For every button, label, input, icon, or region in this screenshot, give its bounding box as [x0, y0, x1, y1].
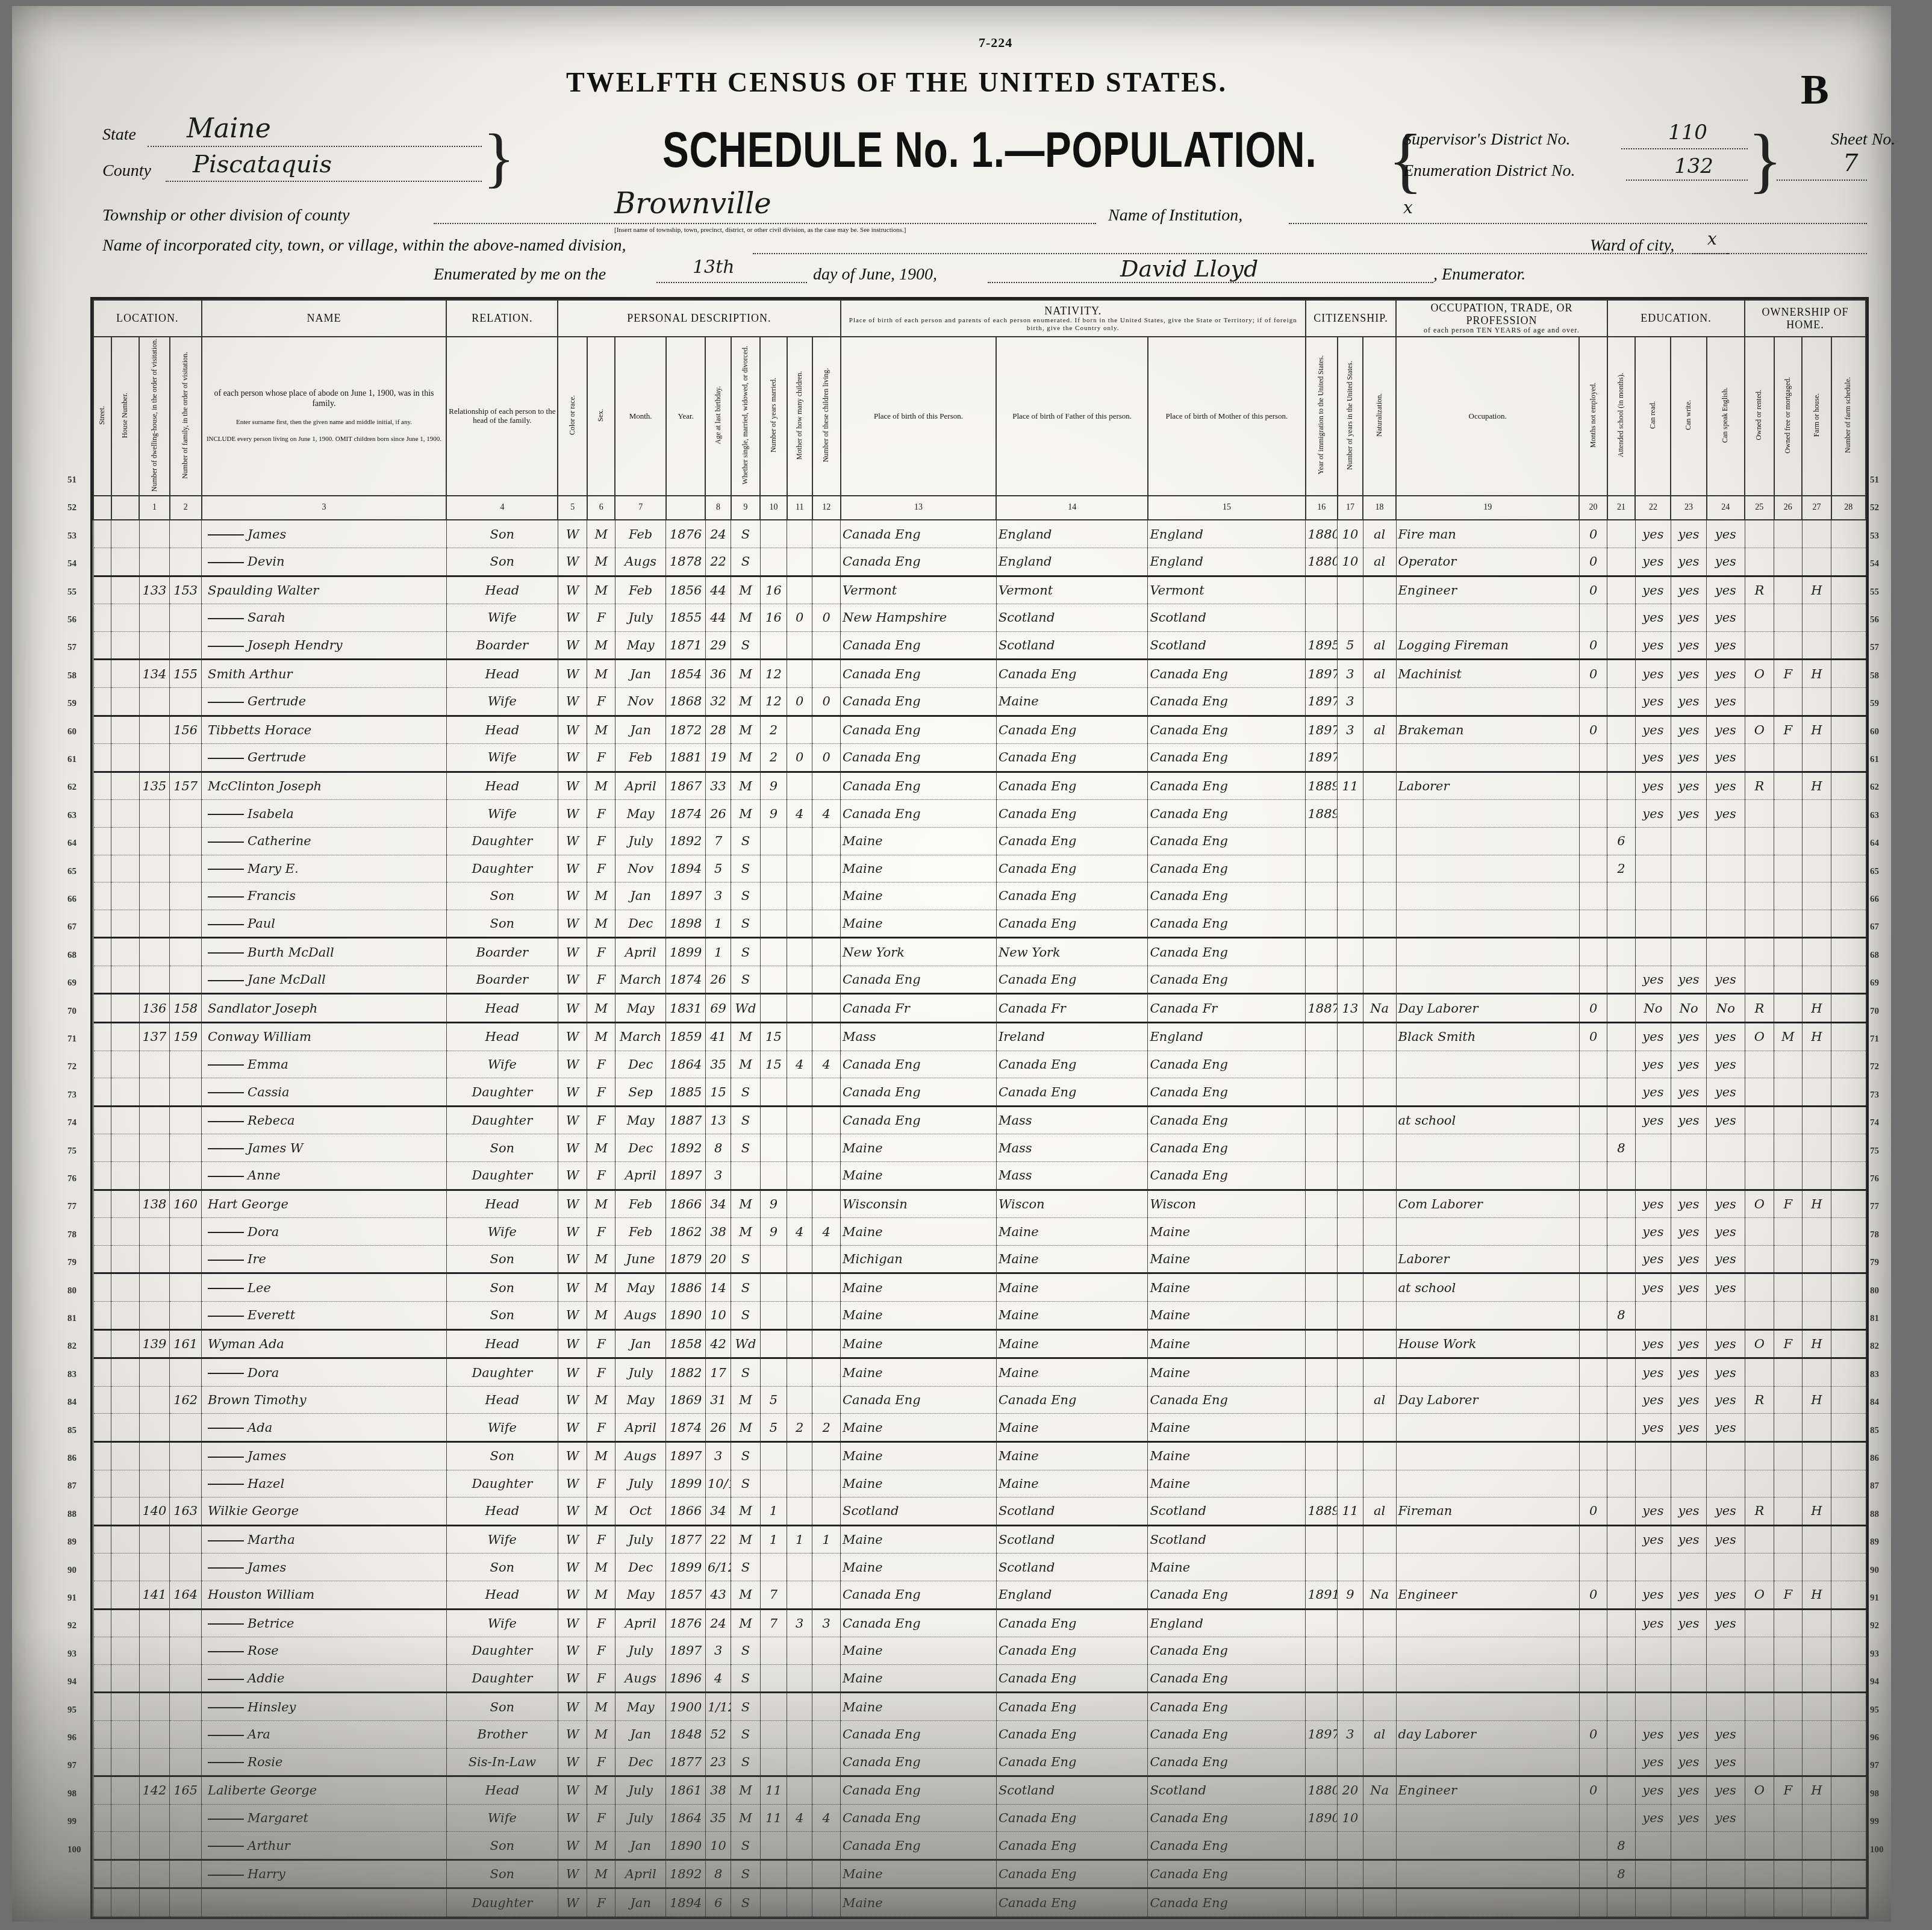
cell-read [1635, 938, 1671, 966]
cell-year: 1886 [666, 1273, 706, 1302]
cell-house [111, 687, 139, 716]
cell-yrsus [1338, 604, 1363, 632]
table-row: 156Tibbetts HoraceHeadWMJan187228M2Canad… [93, 716, 1866, 744]
cell-motherof: 0 [787, 604, 812, 632]
cell-farmno [1831, 744, 1866, 772]
cell-free [1774, 1664, 1802, 1693]
cell-street [93, 1245, 111, 1273]
cell-read: yes [1635, 1414, 1671, 1442]
cell-year: 1885 [666, 1078, 706, 1107]
cell-living [812, 1832, 841, 1860]
cell-farmno [1831, 548, 1866, 576]
cell-own [1745, 1720, 1774, 1748]
cell-write [1671, 1441, 1706, 1470]
table-row: SarahWifeWFJuly185544M1600New HampshireS… [93, 604, 1866, 632]
person-name: Catherine [248, 834, 311, 848]
cell-motherof [787, 1441, 812, 1470]
cell-living [812, 1106, 841, 1134]
cell-birth: Canada Eng [841, 548, 997, 576]
cell-unemployed [1579, 1832, 1607, 1860]
line-number: 70 [67, 1007, 76, 1017]
cell-farmno [1831, 882, 1866, 910]
cell-motherbirth: Canada Eng [1148, 827, 1306, 855]
cell-relation: Wife [446, 1218, 558, 1246]
cell-name: Ada [202, 1414, 447, 1442]
cell-street [93, 576, 111, 604]
cell-immig: 1880 [1306, 548, 1338, 576]
cell-motherof [787, 827, 812, 855]
cell-free [1774, 1554, 1802, 1581]
ditto-dash [208, 1875, 244, 1876]
cell-yrsmarried [760, 910, 787, 938]
cell-dwelling: 142 [139, 1776, 170, 1805]
cell-own [1745, 1637, 1774, 1665]
cell-read [1635, 855, 1671, 882]
cell-month: May [615, 1581, 666, 1609]
cell-immig [1306, 1414, 1338, 1442]
cell-read: yes [1635, 1776, 1671, 1805]
cell-farm [1802, 744, 1831, 772]
cell-birth: Canada Eng [841, 1106, 997, 1134]
cell-age: 36 [705, 660, 731, 688]
cell-motherbirth: Maine [1148, 1273, 1306, 1302]
cell-living: 1 [812, 1525, 841, 1554]
cell-yrsmarried: 12 [760, 660, 787, 688]
line-number: 55 [67, 587, 76, 598]
line-number: 57 [1870, 643, 1879, 653]
cell-occupation: House Work [1396, 1329, 1579, 1358]
cell-age: 29 [705, 631, 731, 660]
cell-sex: M [587, 1776, 615, 1805]
cell-street [93, 1414, 111, 1442]
cell-yrsus: 3 [1338, 687, 1363, 716]
cell-unemployed: 0 [1579, 1581, 1607, 1609]
cell-relation: Wife [446, 687, 558, 716]
cell-living [812, 631, 841, 660]
cell-write: yes [1671, 1525, 1706, 1554]
cell-living [812, 1637, 841, 1665]
cell-dwelling [139, 1134, 170, 1162]
cell-motherof [787, 660, 812, 688]
cell-year: 1892 [666, 1860, 706, 1888]
cell-name: Betrice [202, 1609, 447, 1637]
cell-natur [1363, 1748, 1396, 1776]
cell-living [812, 1441, 841, 1470]
cell-age: 8 [705, 1860, 731, 1888]
cell-motherbirth: Vermont [1148, 576, 1306, 604]
line-number: 85 [67, 1426, 76, 1436]
cell-month: Jan [615, 1329, 666, 1358]
cell-immig [1306, 1190, 1338, 1218]
line-number: 61 [1870, 755, 1879, 765]
person-name: McClinton Joseph [208, 779, 322, 793]
cell-fatherbirth: Maine [996, 1302, 1147, 1330]
cell-read: yes [1635, 687, 1671, 716]
cell-relation: Head [446, 1329, 558, 1358]
ditto-dash [208, 814, 244, 815]
cell-family: 164 [170, 1581, 202, 1609]
cell-farmno [1831, 1329, 1866, 1358]
cell-own: O [1745, 660, 1774, 688]
cell-street [93, 1860, 111, 1888]
ditto-dash [208, 758, 244, 759]
sheet-line [1777, 180, 1867, 181]
table-row: RoseDaughterWFJuly18973SMaineCanada EngC… [93, 1637, 1866, 1665]
cell-school [1607, 1023, 1635, 1051]
cell-natur [1363, 1134, 1396, 1162]
line-number: 84 [1870, 1398, 1879, 1408]
cell-yrsus: 11 [1338, 1497, 1363, 1526]
cell-natur: Na [1363, 1581, 1396, 1609]
cell-street [93, 1470, 111, 1497]
cell-farm [1802, 827, 1831, 855]
line-number: 51 [67, 475, 76, 486]
cell-farm [1802, 1414, 1831, 1442]
cell-marital: M [731, 1386, 761, 1414]
cell-relation: Head [446, 716, 558, 744]
cell-farm [1802, 1134, 1831, 1162]
cell-read: yes [1635, 716, 1671, 744]
cell-yrsus: 10 [1338, 548, 1363, 576]
line-number: 52 [1870, 503, 1879, 513]
cell-natur [1363, 1470, 1396, 1497]
cell-farm: H [1802, 772, 1831, 800]
cell-color: W [558, 1888, 587, 1917]
table-row: JamesSonWMAugs18973SMaineMaineMaine [93, 1441, 1866, 1470]
cell-english [1707, 1302, 1745, 1330]
cell-school [1607, 548, 1635, 576]
cell-year: 1874 [666, 1414, 706, 1442]
cell-own [1745, 1525, 1774, 1554]
cell-immig [1306, 1329, 1338, 1358]
enumeration-value: 132 [1674, 154, 1713, 178]
cell-natur [1363, 687, 1396, 716]
cell-yrsmarried [760, 882, 787, 910]
cell-living [812, 772, 841, 800]
cell-motherbirth: Canada Eng [1148, 1748, 1306, 1776]
cell-free [1774, 1720, 1802, 1748]
cell-motherof: 4 [787, 1218, 812, 1246]
column-number: 2 [170, 496, 202, 520]
cell-marital: M [731, 1218, 761, 1246]
col-birth-mother: Place of birth of Mother of this person. [1148, 337, 1306, 496]
ditto-dash [208, 1064, 244, 1066]
person-name: Laliberte George [208, 1783, 317, 1797]
table-row: 141164Houston WilliamHeadWMMay185743M7Ca… [93, 1581, 1866, 1609]
line-number: 94 [1870, 1677, 1879, 1687]
cell-motherbirth: Canada Eng [1148, 1664, 1306, 1693]
cell-street [93, 716, 111, 744]
table-row: DoraDaughterWFJuly188217SMaineMaineMaine… [93, 1358, 1866, 1387]
cell-living: 0 [812, 604, 841, 632]
cell-farm [1802, 800, 1831, 828]
cell-sex: F [587, 1664, 615, 1693]
cell-fatherbirth: Canada Eng [996, 855, 1147, 882]
cell-dwelling [139, 687, 170, 716]
cell-relation: Head [446, 1581, 558, 1609]
cell-free: M [1774, 1023, 1802, 1051]
cell-year: 1872 [666, 716, 706, 744]
col-house-number: House Number. [111, 337, 139, 496]
cell-living [812, 994, 841, 1023]
cell-name: McClinton Joseph [202, 772, 447, 800]
cell-yrsmarried [760, 1832, 787, 1860]
cell-unemployed [1579, 1664, 1607, 1693]
cell-street [93, 1162, 111, 1190]
cell-dwelling [139, 1273, 170, 1302]
cell-english: yes [1707, 1078, 1745, 1107]
cell-occupation: Engineer [1396, 1776, 1579, 1805]
cell-farm [1802, 1804, 1831, 1832]
brace: } [1748, 124, 1783, 196]
city-label: Name of incorporated city, town, or vill… [102, 236, 626, 255]
cell-name: Spaulding Walter [202, 576, 447, 604]
cell-house [111, 631, 139, 660]
cell-free [1774, 1414, 1802, 1442]
cell-yrsus [1338, 1748, 1363, 1776]
cell-name: Smith Arthur [202, 660, 447, 688]
cell-birth: Canada Eng [841, 716, 997, 744]
cell-year: 1877 [666, 1748, 706, 1776]
line-number: 90 [67, 1566, 76, 1576]
cell-fatherbirth: Scotland [996, 1776, 1147, 1805]
column-number: 4 [446, 496, 558, 520]
cell-read: yes [1635, 1497, 1671, 1526]
cell-dwelling: 139 [139, 1329, 170, 1358]
cell-natur [1363, 1804, 1396, 1832]
cell-unemployed [1579, 1106, 1607, 1134]
cell-write: yes [1671, 1581, 1706, 1609]
cell-motherbirth: Maine [1148, 1245, 1306, 1273]
cell-year: 1897 [666, 1637, 706, 1665]
cell-unemployed [1579, 882, 1607, 910]
col-age: Age at last birthday. [705, 337, 731, 496]
cell-street [93, 827, 111, 855]
person-name: Rose [248, 1643, 279, 1658]
cell-yrsus: 10 [1338, 1804, 1363, 1832]
cell-write: yes [1671, 1273, 1706, 1302]
cell-natur: al [1363, 631, 1396, 660]
cell-year: 1892 [666, 1134, 706, 1162]
cell-immig: 1889 [1306, 772, 1338, 800]
cell-year: 1896 [666, 1664, 706, 1693]
cell-birth: Maine [841, 1554, 997, 1581]
cell-own [1745, 938, 1774, 966]
line-number: 65 [67, 867, 76, 877]
cell-birth: Canada Eng [841, 1832, 997, 1860]
cell-farmno [1831, 1358, 1866, 1387]
cell-yrsmarried [760, 1748, 787, 1776]
cell-write: yes [1671, 1106, 1706, 1134]
table-row: CatherineDaughterWFJuly18927SMaineCanada… [93, 827, 1866, 855]
sheet-no-value: 7 [1843, 149, 1858, 177]
line-number: 70 [1870, 1007, 1879, 1017]
cell-school [1607, 800, 1635, 828]
cell-write: yes [1671, 548, 1706, 576]
cell-motherof [787, 966, 812, 994]
cell-year: 1871 [666, 631, 706, 660]
cell-fatherbirth: Maine [996, 687, 1147, 716]
line-number: 72 [67, 1062, 76, 1072]
cell-farm [1802, 1748, 1831, 1776]
cell-house [111, 855, 139, 882]
supervisor-line [1621, 148, 1748, 149]
cell-color: W [558, 1637, 587, 1665]
cell-yrsmarried: 16 [760, 604, 787, 632]
cell-dwelling [139, 1720, 170, 1748]
cell-age: 17 [705, 1358, 731, 1387]
cell-family [170, 800, 202, 828]
cell-unemployed [1579, 1078, 1607, 1107]
cell-write: yes [1671, 1329, 1706, 1358]
table-row: Mary E.DaughterWFNov18945SMaineCanada En… [93, 855, 1866, 882]
cell-yrsmarried [760, 631, 787, 660]
cell-yrsmarried [760, 1470, 787, 1497]
cell-family [170, 1470, 202, 1497]
cell-own [1745, 1358, 1774, 1387]
cell-house [111, 660, 139, 688]
cell-unemployed [1579, 1441, 1607, 1470]
cell-color: W [558, 994, 587, 1023]
cell-name: Gertrude [202, 744, 447, 772]
cell-read [1635, 1470, 1671, 1497]
cell-own [1745, 1414, 1774, 1442]
cell-yrsmarried: 2 [760, 716, 787, 744]
cell-motherbirth: Scotland [1148, 604, 1306, 632]
cell-natur [1363, 1414, 1396, 1442]
cell-house [111, 1497, 139, 1526]
line-number: 77 [67, 1202, 76, 1212]
cell-street [93, 1888, 111, 1917]
cell-name: Paul [202, 910, 447, 938]
cell-own [1745, 800, 1774, 828]
cell-yrsus: 10 [1338, 520, 1363, 548]
cell-color: W [558, 1554, 587, 1581]
cell-school: 2 [1607, 855, 1635, 882]
cell-english [1707, 1888, 1745, 1917]
cell-name: Dora [202, 1358, 447, 1387]
cell-farm [1802, 520, 1831, 548]
cell-unemployed: 0 [1579, 994, 1607, 1023]
cell-own [1745, 1218, 1774, 1246]
cell-farmno [1831, 1245, 1866, 1273]
line-number: 81 [67, 1314, 76, 1324]
cell-immig: 1897 [1306, 744, 1338, 772]
form-number: 7-224 [979, 35, 1012, 51]
cell-street [93, 631, 111, 660]
cell-street [93, 520, 111, 548]
cell-house [111, 1609, 139, 1637]
cell-unemployed [1579, 1358, 1607, 1387]
cell-sex: M [587, 772, 615, 800]
cell-family: 163 [170, 1497, 202, 1526]
cell-fatherbirth: Canada Eng [996, 1720, 1147, 1748]
cell-month: Nov [615, 687, 666, 716]
cell-street [93, 1134, 111, 1162]
cell-english: yes [1707, 1023, 1745, 1051]
col-name-desc: of each person whose place of abode on J… [202, 337, 447, 496]
column-number: 21 [1607, 496, 1635, 520]
cell-immig: 1880 [1306, 1776, 1338, 1805]
cell-dwelling [139, 1664, 170, 1693]
cell-occupation [1396, 1860, 1579, 1888]
cell-birth: Maine [841, 1358, 997, 1387]
cell-unemployed [1579, 1302, 1607, 1330]
cell-school [1607, 882, 1635, 910]
cell-year: 1866 [666, 1497, 706, 1526]
cell-occupation [1396, 744, 1579, 772]
cell-fatherbirth: Canada Eng [996, 1693, 1147, 1721]
cell-english [1707, 1832, 1745, 1860]
cell-immig [1306, 1664, 1338, 1693]
cell-write: yes [1671, 1776, 1706, 1805]
cell-english: yes [1707, 1273, 1745, 1302]
cell-school [1607, 716, 1635, 744]
column-number [93, 496, 111, 520]
cell-natur [1363, 1106, 1396, 1134]
cell-living [812, 1470, 841, 1497]
ditto-dash [208, 1540, 244, 1541]
cell-dwelling: 141 [139, 1581, 170, 1609]
cell-living [812, 1302, 841, 1330]
cell-english: yes [1707, 1106, 1745, 1134]
cell-fatherbirth: Canada Eng [996, 1860, 1147, 1888]
cell-motherof [787, 1386, 812, 1414]
column-number: 17 [1338, 496, 1363, 520]
cell-english [1707, 855, 1745, 882]
cell-yrsmarried [760, 855, 787, 882]
cell-year: 1892 [666, 827, 706, 855]
cell-occupation [1396, 1051, 1579, 1078]
cell-yrsus [1338, 1470, 1363, 1497]
cell-motherof: 4 [787, 1804, 812, 1832]
cell-farm [1802, 1051, 1831, 1078]
cell-living [812, 1023, 841, 1051]
cell-read: yes [1635, 1329, 1671, 1358]
cell-read: yes [1635, 1051, 1671, 1078]
cell-age: 33 [705, 772, 731, 800]
cell-birth: Maine [841, 1414, 997, 1442]
ditto-dash [208, 1148, 244, 1149]
cell-english: yes [1707, 631, 1745, 660]
ditto-dash [208, 1260, 244, 1261]
cell-own: R [1745, 1386, 1774, 1414]
line-number: 64 [67, 839, 76, 849]
column-number: 10 [760, 496, 787, 520]
cell-dwelling [139, 604, 170, 632]
table-row: Joseph HendryBoarderWMMay187129SCanada E… [93, 631, 1866, 660]
cell-write: yes [1671, 687, 1706, 716]
cell-own: O [1745, 1023, 1774, 1051]
cell-occupation: Logging Fireman [1396, 631, 1579, 660]
line-number: 61 [67, 755, 76, 765]
cell-school [1607, 1693, 1635, 1721]
cell-motherof [787, 1134, 812, 1162]
cell-unemployed [1579, 1554, 1607, 1581]
cell-motherof [787, 938, 812, 966]
cell-farm [1802, 1693, 1831, 1721]
cell-year: 1899 [666, 1554, 706, 1581]
cell-living: 4 [812, 1804, 841, 1832]
cell-month: April [615, 1162, 666, 1190]
cell-sex: F [587, 1748, 615, 1776]
cell-yrsmarried [760, 1693, 787, 1721]
cell-own [1745, 827, 1774, 855]
cell-read [1635, 1441, 1671, 1470]
cell-marital: M [731, 604, 761, 632]
ditto-dash [208, 1707, 244, 1708]
cell-farm [1802, 1078, 1831, 1107]
